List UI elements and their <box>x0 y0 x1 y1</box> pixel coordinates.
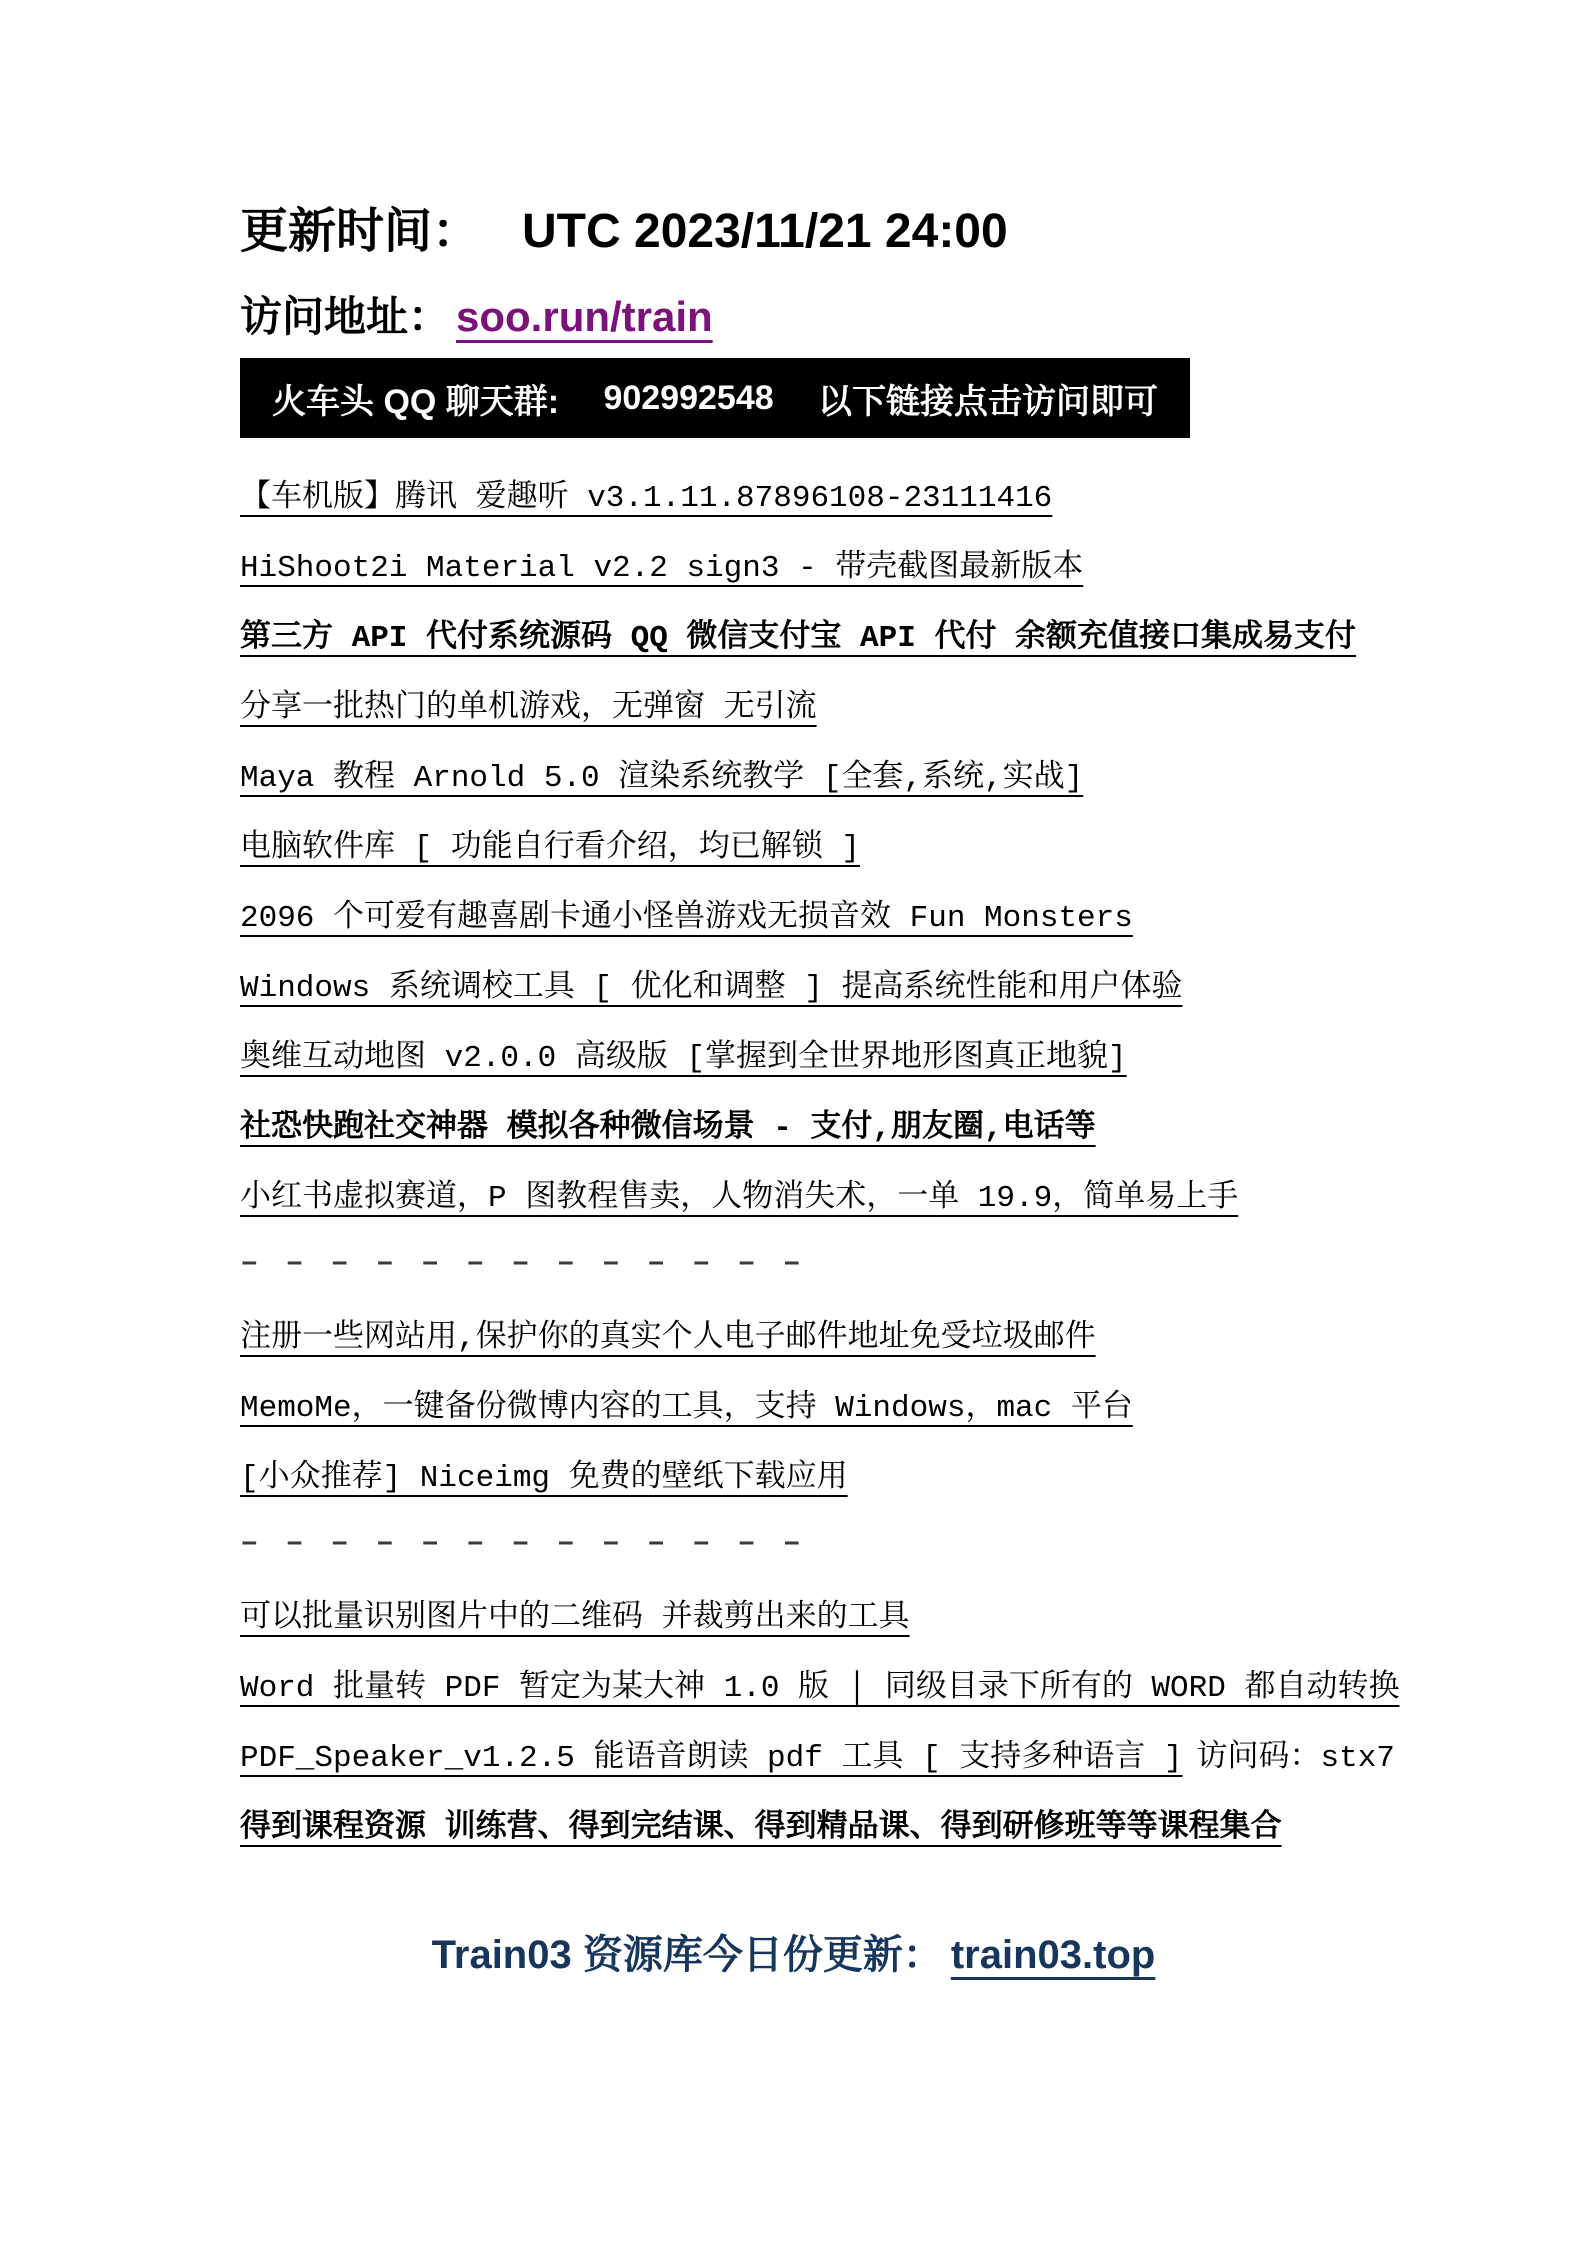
resource-link-row: [小众推荐] Niceimg 免费的壁纸下载应用 <box>240 1438 1400 1508</box>
resource-link[interactable]: 可以批量识别图片中的二维码 并裁剪出来的工具 <box>240 1590 910 1636</box>
resource-link[interactable]: Windows 系统调校工具 [ 优化和调整 ] 提高系统性能和用户体验 <box>240 960 1182 1006</box>
access-code-text: 访问码：stx7 <box>1197 1730 1395 1776</box>
resource-link-row: Windows 系统调校工具 [ 优化和调整 ] 提高系统性能和用户体验 <box>240 948 1400 1018</box>
resource-link-row: 奥维互动地图 v2.0.0 高级版 [掌握到全世界地形图真正地貌] <box>240 1018 1400 1088</box>
resource-link[interactable]: 第三方 API 代付系统源码 QQ 微信支付宝 API 代付 余额充值接口集成易… <box>240 610 1356 656</box>
resource-link-row: MemoMe，一键备份微博内容的工具，支持 Windows，mac 平台 <box>240 1368 1400 1438</box>
links-list: 【车机版】腾讯 爱趣听 v3.1.11.87896108-23111416HiS… <box>240 458 1400 1858</box>
resource-link[interactable]: HiShoot2i Material v2.2 sign3 - 带壳截图最新版本 <box>240 540 1083 586</box>
resource-link[interactable]: 奥维互动地图 v2.0.0 高级版 [掌握到全世界地形图真正地貌] <box>240 1030 1127 1076</box>
resource-link[interactable]: 分享一批热门的单机游戏，无弹窗 无引流 <box>240 680 817 726</box>
resource-link-row: PDF_Speaker_v1.2.5 能语音朗读 pdf 工具 [ 支持多种语言… <box>240 1718 1400 1788</box>
divider-row: – – – – – – – – – – – – – <box>240 1228 1400 1298</box>
resource-link[interactable]: Word 批量转 PDF 暂定为某大神 1.0 版 │ 同级目录下所有的 WOR… <box>240 1660 1399 1706</box>
resource-link[interactable]: 电脑软件库 [ 功能自行看介绍，均已解锁 ] <box>240 820 860 866</box>
update-time-label: 更新时间： <box>240 205 480 258</box>
address-line: 访问地址：soo.run/train <box>240 291 713 344</box>
resource-link-row: 社恐快跑社交神器 模拟各种微信场景 - 支付,朋友圈,电话等 <box>240 1088 1400 1158</box>
address-link[interactable]: soo.run/train <box>456 293 713 340</box>
resource-link-row: 分享一批热门的单机游戏，无弹窗 无引流 <box>240 668 1400 738</box>
footer-site-link[interactable]: train03.top <box>951 1933 1155 1977</box>
qq-group-banner: 火车头 QQ 聊天群: 902992548 以下链接点击访问即可 <box>240 358 1190 438</box>
resource-link-row: 得到课程资源 训练营、得到完结课、得到精品课、得到研修班等等课程集合 <box>240 1788 1400 1858</box>
qq-group-label: 火车头 QQ 聊天群: <box>272 374 559 423</box>
resource-link[interactable]: [小众推荐] Niceimg 免费的壁纸下载应用 <box>240 1450 848 1496</box>
resource-link[interactable]: Maya 教程 Arnold 5.0 渲染系统教学 [全套,系统,实战] <box>240 750 1083 796</box>
address-label: 访问地址： <box>240 293 450 340</box>
divider-row: – – – – – – – – – – – – – <box>240 1508 1400 1578</box>
resource-link[interactable]: MemoMe，一键备份微博内容的工具，支持 Windows，mac 平台 <box>240 1380 1133 1426</box>
resource-link[interactable]: 【车机版】腾讯 爱趣听 v3.1.11.87896108-23111416 <box>240 470 1052 516</box>
resource-link-row: HiShoot2i Material v2.2 sign3 - 带壳截图最新版本 <box>240 528 1400 598</box>
update-time-line: 更新时间：UTC 2023/11/21 24:00 <box>240 203 1008 261</box>
resource-link-row: 2096 个可爱有趣喜剧卡通小怪兽游戏无损音效 Fun Monsters <box>240 878 1400 948</box>
resource-link-row: 电脑软件库 [ 功能自行看介绍，均已解锁 ] <box>240 808 1400 878</box>
resource-link-row: 注册一些网站用,保护你的真实个人电子邮件地址免受垃圾邮件 <box>240 1298 1400 1368</box>
resource-link[interactable]: 2096 个可爱有趣喜剧卡通小怪兽游戏无损音效 Fun Monsters <box>240 890 1133 936</box>
resource-link[interactable]: 社恐快跑社交神器 模拟各种微信场景 - 支付,朋友圈,电话等 <box>240 1100 1096 1146</box>
footer-label: Train03 资源库今日份更新： <box>432 1933 943 1977</box>
banner-hint: 以下链接点击访问即可 <box>818 374 1158 423</box>
resource-link-row: 【车机版】腾讯 爱趣听 v3.1.11.87896108-23111416 <box>240 458 1400 528</box>
resource-link-row: Word 批量转 PDF 暂定为某大神 1.0 版 │ 同级目录下所有的 WOR… <box>240 1648 1400 1718</box>
document-page: 更新时间：UTC 2023/11/21 24:00 访问地址：soo.run/t… <box>0 0 1587 2245</box>
resource-link[interactable]: 小红书虚拟赛道，P 图教程售卖，人物消失术，一单 19.9，简单易上手 <box>240 1170 1238 1216</box>
update-time-value: UTC 2023/11/21 24:00 <box>522 205 1008 258</box>
resource-link-row: 小红书虚拟赛道，P 图教程售卖，人物消失术，一单 19.9，简单易上手 <box>240 1158 1400 1228</box>
qq-group-number: 902992548 <box>603 379 773 418</box>
resource-link[interactable]: 得到课程资源 训练营、得到完结课、得到精品课、得到研修班等等课程集合 <box>240 1800 1282 1846</box>
resource-link[interactable]: 注册一些网站用,保护你的真实个人电子邮件地址免受垃圾邮件 <box>240 1310 1096 1356</box>
resource-link-row: 可以批量识别图片中的二维码 并裁剪出来的工具 <box>240 1578 1400 1648</box>
resource-link-row: 第三方 API 代付系统源码 QQ 微信支付宝 API 代付 余额充值接口集成易… <box>240 598 1400 668</box>
resource-link[interactable]: PDF_Speaker_v1.2.5 能语音朗读 pdf 工具 [ 支持多种语言… <box>240 1730 1183 1776</box>
footer-line: Train03 资源库今日份更新：train03.top <box>0 1923 1587 1980</box>
resource-link-row: Maya 教程 Arnold 5.0 渲染系统教学 [全套,系统,实战] <box>240 738 1400 808</box>
